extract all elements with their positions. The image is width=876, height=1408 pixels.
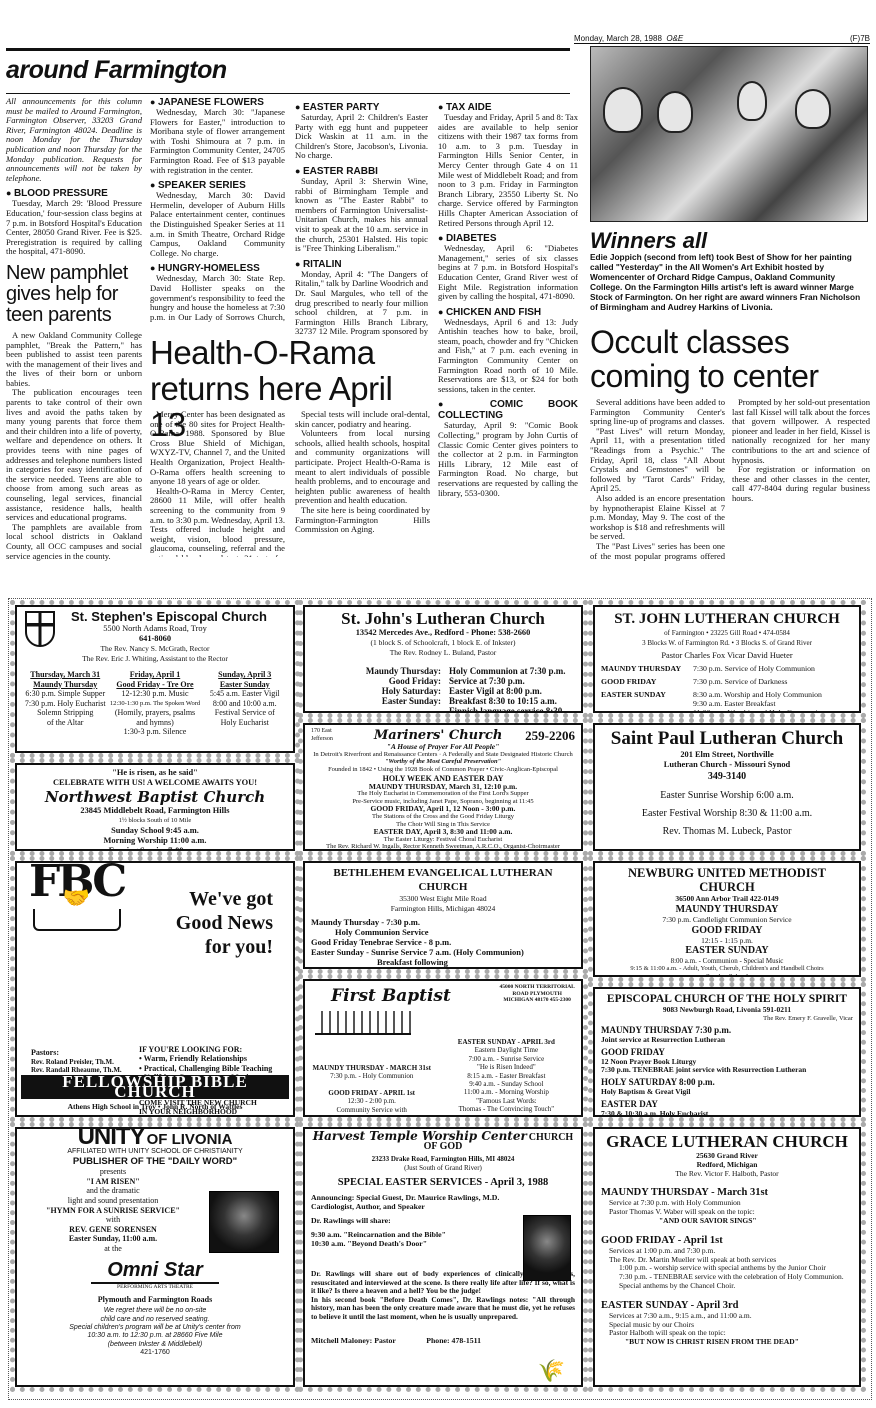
church-name: BETHLEHEM EVANGELICAL LUTHERAN CHURCH — [311, 866, 575, 894]
program-line: at the — [23, 1244, 203, 1254]
schedule-event: Finnish language service 8:30 a.m. — [449, 706, 575, 713]
winners-caption: Edie Joppich (second from left) took Bes… — [590, 252, 868, 312]
column-3: EASTER PARTY Saturday, April 2: Children… — [295, 97, 428, 337]
item-body: Monday, April 4: "The Dangers of Ritalin… — [295, 270, 428, 337]
schedule-day: Sunday, April 3 — [203, 670, 287, 680]
church-address: 170 East Jefferson — [311, 728, 351, 743]
item-body: Sunday, April 3: Sherwin Wine, rabbi of … — [295, 177, 428, 254]
section-line: 7:30 p.m. Candlelight Communion Service — [601, 916, 853, 925]
vicar: The Rev. Emery F. Gravelle, Vicar — [601, 1015, 853, 1024]
church-directions: 3 Blocks W. of Farmington Rd. • 3 Blocks… — [601, 638, 853, 648]
schedule-line: The Easter Liturgy: Festival Choral Euch… — [311, 836, 575, 844]
pastors-label: Pastors: — [31, 1049, 122, 1058]
schedule-line: and hymns) — [109, 718, 201, 728]
description: Founded in 1842 • Using the 1928 Book of… — [311, 766, 575, 774]
item-head: HUNGRY-HOMELESS — [150, 263, 285, 274]
schedule-line: EASTER DAY, April 3, 8:30 and 11:00 a.m. — [311, 828, 575, 836]
healthorama-col-2: Special tests will include oral-dental, … — [295, 410, 430, 535]
schedule-line: Solemn Stripping — [23, 708, 107, 718]
article-paragraph: Mercy Center has been designated as one … — [150, 410, 285, 487]
schedule-line: 12:30-1:30 p.m. The Spoken Word — [109, 699, 201, 709]
church-name: St. Stephen's Episcopal Church — [23, 610, 287, 624]
schedule-line: 9:40 a.m. - Sunday School — [438, 1080, 575, 1088]
article-paragraph: The "Past Lives" series has been one of … — [590, 542, 725, 562]
schedule-day: Maundy Thursday: — [331, 666, 441, 676]
item-body: Wednesday, March 30: "Japanese Flowers f… — [150, 108, 285, 175]
description: "Worthy of the Most Careful Preservation… — [311, 758, 575, 766]
schedule-line: of the Altar — [23, 718, 107, 728]
church-directions: 1½ blocks South of 10 Mile — [23, 816, 287, 826]
article-paragraph: A new Oakland Community College pamphlet… — [6, 331, 142, 389]
motto: "A House of Prayer For All People" — [311, 743, 575, 751]
features-heading: IF YOU'RE LOOKING FOR: — [139, 1045, 272, 1054]
ad-harvest-temple: Harvest Temple Worship Center CHURCH OF … — [303, 1127, 583, 1387]
church-address: 9083 Newburgh Road, Livonia 591-0211 — [601, 1006, 853, 1015]
announcement: Cardiologist, Author, and Speaker — [311, 1202, 575, 1211]
section-heading: GOOD FRIDAY - April 1st — [601, 1234, 853, 1247]
synod: Lutheran Church - Missouri Synod — [601, 760, 853, 770]
item-body: Wednesday, March 30: State Rep. David Ho… — [150, 274, 285, 322]
article-paragraph: Health-O-Rama in Mercy Center, 28600 11 … — [150, 487, 285, 557]
occult-col-2: Prompted by her sold-out presentation la… — [732, 398, 870, 504]
masthead-edition: O&E — [666, 34, 683, 43]
item-body: Wednesdays, April 6 and 13: Judy Antishi… — [438, 318, 578, 395]
schedule-line: 6:30 p.m. Simple Supper — [23, 689, 107, 699]
schedule-line: GOOD FRIDAY, April 1, 12 Noon - 3:00 p.m… — [311, 805, 575, 813]
pamphlet-headline: New pamphlet gives help for teen parents — [6, 263, 142, 326]
note-line: (between Inkster & Middlebelt) — [23, 1341, 287, 1349]
person-figure — [795, 89, 831, 129]
ad-bethlehem: BETHLEHEM EVANGELICAL LUTHERAN CHURCH 35… — [303, 861, 583, 969]
section-line: Sunday School — [601, 973, 853, 977]
item-head: COMIC BOOK COLLECTING — [438, 399, 578, 421]
article-paragraph: "Past Lives" will return Monday, April 1… — [590, 427, 725, 494]
church-name: EPISCOPAL CHURCH OF THE HOLY SPIRIT — [601, 992, 853, 1006]
affiliation: AFFILIATED WITH UNITY SCHOOL OF CHRISTIA… — [23, 1147, 287, 1157]
church-address: 36500 Ann Arbor Trail 422-0149 — [601, 894, 853, 904]
church-name: GRACE LUTHERAN CHURCH — [601, 1132, 853, 1152]
church-name: Harvest Temple Worship Center — [313, 1129, 527, 1143]
schedule-line: EASTER SUNDAY - APRIL 3rd — [438, 1038, 575, 1046]
schedule-line: 12-12:30 p.m. Music — [109, 689, 201, 699]
masthead: Monday, March 28, 1988 O&E (F)7B — [574, 34, 870, 44]
schedule-line: "He is Risen Indeed" — [438, 1063, 575, 1071]
schedule-day: MAUNDY THURSDAY — [601, 664, 693, 673]
clergy: The Rev. Eric J. Whiting, Assistant to t… — [23, 654, 287, 664]
occult-col-1: Several additions have been added to Far… — [590, 398, 725, 562]
schedule-day: GOOD FRIDAY — [601, 677, 693, 686]
page-number: (F)7B — [850, 34, 870, 43]
church-name: St. John's Lutheran Church — [311, 610, 575, 628]
schedule-line: 7:30 p.m. - Holy Communion — [311, 1072, 432, 1080]
church-address: 23233 Drake Road, Farmington Hills, MI 4… — [311, 1155, 575, 1164]
ad-unity-livonia: UNITY OF LIVONIA AFFILIATED WITH UNITY S… — [15, 1127, 295, 1387]
venue-subtitle: PERFORMING ARTS THEATRE — [23, 1284, 287, 1291]
church-building-icon — [315, 1011, 411, 1035]
schedule-line: Holy Eucharist — [203, 718, 287, 728]
episcopal-shield-icon — [25, 611, 55, 647]
schedule-line: Festival Service of — [203, 708, 287, 718]
article-paragraph: Also added is an encore presentation by … — [590, 494, 725, 542]
fbc-pastors: Pastors: Rev. Roland Preisler, Th.M. Rev… — [31, 1049, 122, 1075]
section-rule — [6, 93, 570, 94]
tagline: "He is risen, as he said" — [23, 768, 287, 778]
ad-holy-spirit: EPISCOPAL CHURCH OF THE HOLY SPIRIT 9083… — [593, 987, 861, 1117]
ad-northwest-baptist: "He is risen, as he said" CELEBRATE WITH… — [15, 763, 295, 851]
section-line: 9:15 & 11:00 a.m. - Adult, Youth, Cherub… — [601, 965, 853, 973]
feature-item: Warm, Friendly Relationships — [144, 1054, 247, 1063]
schedule-column: Thursday, March 31 Maundy Thursday 6:30 … — [23, 670, 107, 737]
pastor: The Rev. Victor F. Halboth, Pastor — [601, 1170, 853, 1179]
venue-logo: Omni Star — [91, 1258, 219, 1284]
schedule-line: 7:30 p.m. Holy Eucharist — [23, 699, 107, 709]
church-phone: Phone: 478-1511 — [426, 1336, 481, 1345]
program-line: "I AM RISEN" — [23, 1177, 203, 1187]
church-phone: 349-3140 — [601, 770, 853, 783]
schedule-day: Friday, April 1 — [109, 670, 201, 680]
schedule-title: Easter Sunday — [203, 680, 287, 690]
church-name: Saint Paul Lutheran Church — [601, 728, 853, 750]
service-time: Sunday School 9:45 a.m. — [23, 826, 287, 836]
wheat-sheaf-icon: 🌾 — [538, 1366, 565, 1375]
schedule-day: Holy Saturday: — [331, 686, 441, 696]
schedule-day: Good Friday: — [331, 676, 441, 686]
program-line: with — [23, 1215, 203, 1225]
schedule-line: The Stations of the Cross and the Good F… — [311, 813, 575, 821]
article-paragraph: For registration or information on these… — [732, 465, 870, 503]
church-address: 13542 Mercedes Ave., Redford - Phone: 53… — [311, 628, 575, 638]
note-line: We regret there will be no on-site — [23, 1307, 287, 1315]
pastors: Pastor Charles Fox Vicar David Hueter — [601, 651, 853, 661]
schedule-line: GOOD FRIDAY - APRIL 1st — [311, 1089, 432, 1097]
church-location: Athens High School in Troy • John R. Nor… — [17, 1102, 293, 1112]
note-line: Special children's program will be at Un… — [23, 1324, 287, 1332]
article-paragraph: The publication encourages teen parents … — [6, 388, 142, 522]
section-heading: EASTER SUNDAY — [601, 945, 853, 957]
section-heading: EASTER DAY — [601, 1099, 853, 1110]
open-bible-icon — [33, 909, 121, 931]
ad-st-john-farmington: ST. JOHN LUTHERAN CHURCH of Farmington •… — [593, 605, 861, 713]
announcement: Announcing: Special Guest, Dr. Maurice R… — [311, 1193, 575, 1202]
venue-location: Plymouth and Farmington Roads — [23, 1295, 287, 1305]
article-paragraph: The site here is being coordinated by Fa… — [295, 506, 430, 535]
program-line: Easter Sunday, 11:00 a.m. — [23, 1234, 203, 1244]
church-phone: 259-2206 — [525, 732, 575, 740]
item-body: Tuesday, March 29: 'Blood Pressure Educa… — [6, 199, 142, 257]
schedule-column: Sunday, April 3 Easter Sunday 5:45 a.m. … — [203, 670, 287, 737]
service-time: Easter Festival Worship 8:30 & 11:00 a.m… — [601, 805, 853, 823]
fbc-slogan: We've got Good News for you! — [176, 887, 273, 959]
program-line: and the dramatic — [23, 1186, 203, 1196]
schedule-line: Eastern Daylight Time — [438, 1046, 575, 1054]
section-heading: GOOD FRIDAY — [601, 925, 853, 937]
church-directions: (Just South of Grand River) — [311, 1164, 575, 1173]
note-line: child care and no reserved seating. — [23, 1316, 287, 1324]
ad-st-johns-redford: St. John's Lutheran Church 13542 Mercede… — [303, 605, 583, 713]
publisher: PUBLISHER OF THE "DAILY WORD" — [23, 1156, 287, 1167]
schedule-line: 8:00 and 10:00 a.m. — [203, 699, 287, 709]
schedule-event: Service at 7:30 p.m. — [449, 676, 575, 686]
slogan-line: Good News — [176, 911, 273, 935]
pastor: Rev. Roland Preisler, Th.M. — [31, 1058, 122, 1067]
church-name: Northwest Baptist Church — [23, 788, 287, 806]
schedule-line: Holy Communion Service — [311, 927, 575, 937]
schedule-line: 11:00 a.m. - Morning Worship — [438, 1088, 575, 1096]
ad-st-stephens: St. Stephen's Episcopal Church 5500 Nort… — [15, 605, 295, 753]
person-figure — [737, 81, 767, 121]
intro-note: All announcements for this column must b… — [6, 97, 142, 183]
ad-grace-lutheran: GRACE LUTHERAN CHURCH 25630 Grand River … — [593, 1127, 861, 1387]
ad-fellowship-bible: FBC 🤝 We've got Good News for you! Pasto… — [15, 861, 295, 1117]
item-body: Wednesday, March 30: David Hermelin, dev… — [150, 191, 285, 258]
special-services: SPECIAL EASTER SERVICES - April 3, 1988 — [311, 1176, 575, 1190]
schedule-line: Community Service with — [311, 1106, 432, 1114]
unity-location: OF LIVONIA — [147, 1131, 233, 1148]
church-address: 45000 NORTH TERRITORIAL ROAD PLYMOUTH MI… — [499, 984, 575, 1004]
schedule-line: Easter Sunday - Sunrise Service 7 a.m. (… — [311, 947, 575, 957]
note-line: 421-1760 — [23, 1349, 287, 1357]
schedule-line: MAUNDY THURSDAY - MARCH 31st — [311, 1064, 432, 1072]
program-line: presents — [23, 1167, 203, 1177]
church-phone: 641-8060 — [23, 634, 287, 644]
schedule-line: The Rev. Richard W. Ingalls, Rector Kenn… — [311, 843, 575, 851]
service-time: Morning Worship 11:00 a.m. — [23, 836, 287, 846]
schedule-line: Maundy Thursday - 7:30 p.m. — [311, 917, 575, 927]
schedule-event: 9:30 a.m. Easter Breakfast — [693, 699, 853, 708]
article-paragraph: Prompted by her sold-out presentation la… — [732, 398, 870, 465]
church-address: 201 Elm Street, Northville — [601, 750, 853, 760]
section-line: 8:00 a.m. - Communion - Special Music — [601, 957, 853, 965]
schedule-event: 8:30 a.m. Worship and Holy Communion — [693, 690, 853, 699]
ad-mariners: 170 East Jefferson Mariners' Church 259-… — [303, 723, 583, 851]
section-line: Holy Baptism & Great Vigil — [601, 1088, 853, 1097]
section-line: "AND OUR SAVIOR SINGS" — [609, 1217, 853, 1226]
service-time: Evening Service 7:00 p.m. — [23, 846, 287, 851]
schedule-line: 8:15 a.m. - Easter Breakfast — [438, 1072, 575, 1080]
masthead-date: Monday, March 28, 1988 — [574, 34, 662, 43]
column-2: JAPANESE FLOWERS Wednesday, March 30: "J… — [150, 97, 285, 322]
church-name: ST. JOHN LUTHERAN CHURCH — [601, 610, 853, 628]
winners-photo — [590, 46, 868, 222]
schedule-line: Easter Worship Service with Holy — [311, 967, 575, 969]
healthorama-col-1: Mercy Center has been designated as one … — [150, 410, 285, 557]
program-line: light and sound presentation — [23, 1196, 203, 1206]
schedule-line: (Homily, prayers, psalms — [109, 708, 201, 718]
schedule-line: Message by Dr. William Stahl — [438, 1114, 575, 1117]
section-line: "BUT NOW IS CHRIST RISEN FROM THE DEAD" — [609, 1338, 853, 1347]
schedule-line: Breakfast following — [311, 957, 575, 967]
church-address: Farmington Hills, Michigan 48024 — [311, 904, 575, 914]
clergy: The Rev. Nancy S. McGrath, Rector — [23, 644, 287, 654]
schedule-line: The Holy Eucharist in Commemoration of t… — [311, 790, 575, 798]
article-paragraph: The pamphlets are available from local s… — [6, 523, 142, 561]
note-line: 10:30 a.m. to 12:30 p.m. at 28660 Five M… — [23, 1332, 287, 1340]
section-line: 7:30 p.m. - TENEBRAE service with the ce… — [609, 1273, 853, 1291]
schedule-line: First United Methodist Church — [311, 1114, 432, 1117]
program-line: REV. GENE SORENSEN — [23, 1225, 203, 1235]
article-paragraph: Volunteers from local nursing schools, a… — [295, 429, 430, 506]
body-text: In his second book "Before Death Comes",… — [311, 1296, 575, 1322]
schedule-line: MAUNDY THURSDAY, March 31, 12:10 p.m. — [311, 783, 575, 791]
schedule-line: "Famous Last Words: — [438, 1097, 575, 1105]
schedule-line: 7:00 a.m. - Sunrise Service — [438, 1055, 575, 1063]
schedule-title: Good Friday - Tre Ore — [109, 680, 201, 690]
section-heading: EASTER SUNDAY - April 3rd — [601, 1299, 853, 1312]
item-body: Wednesday, April 6: "Diabetes Management… — [438, 244, 578, 302]
schedule-event: Easter Vigil at 8:00 p.m. — [449, 686, 575, 696]
article-paragraph: Several additions have been added to Far… — [590, 398, 725, 427]
column-1: All announcements for this column must b… — [6, 97, 142, 561]
speaker-photo — [523, 1215, 571, 1281]
section-line: 7:30 p.m. TENEBRAE joint service with Re… — [601, 1066, 853, 1075]
schedule-event: 11:00 a.m. Worship and Holy Communion — [693, 708, 853, 713]
occult-headline: Occult classes coming to center — [590, 325, 870, 393]
item-body: Saturday, April 9: "Comic Book Collectin… — [438, 421, 578, 498]
slogan-line: We've got — [176, 887, 273, 911]
fbc-logo: FBC 🤝 — [29, 877, 124, 931]
church-address: 23845 Middlebelt Road, Farmington Hills — [23, 806, 287, 816]
slogan-line: for you! — [176, 935, 273, 959]
schedule-line: 5:45 a.m. Easter Vigil — [203, 689, 287, 699]
schedule-event: 7:30 p.m. Service of Darkness — [693, 677, 853, 686]
schedule-day: Thursday, March 31 — [23, 670, 107, 680]
person-figure — [657, 91, 693, 133]
pastor: Rev. Thomas M. Lubeck, Pastor — [601, 823, 853, 841]
speaker-photo — [209, 1191, 279, 1253]
section-line: 7:30 & 10:30 a.m. Holy Eucharist — [601, 1110, 853, 1117]
ad-saint-paul: Saint Paul Lutheran Church 201 Elm Stree… — [593, 723, 861, 851]
column-4: TAX AIDE Tuesday and Friday, April 5 and… — [438, 97, 578, 567]
top-rule — [6, 48, 570, 51]
schedule-title: Maundy Thursday — [23, 680, 107, 690]
schedule-event: Holy Communion at 7:30 p.m. — [449, 666, 575, 676]
pastor: The Rev. Rodney L. Buland, Pastor — [311, 648, 575, 658]
church-name-banner: FELLOWSHIP BIBLE CHURCH — [21, 1075, 289, 1099]
church-name: NEWBURG UNITED METHODIST CHURCH — [601, 866, 853, 894]
church-address: of Farmington • 23225 Gill Road • 474-05… — [601, 628, 853, 638]
section-title: around Farmington — [6, 56, 227, 85]
section-line: 12:15 - 1:15 p.m. — [601, 937, 853, 946]
description: In Detroit's Riverfront and Renaissance … — [311, 751, 575, 759]
pastor: Mitchell Maloney: Pastor — [311, 1336, 396, 1345]
schedule-day: Easter Sunday: — [331, 696, 441, 706]
winners-headline: Winners all — [590, 228, 707, 254]
church-directions: (1 block S. of Schoolcraft, 1 block E. o… — [311, 638, 575, 648]
service-time: Easter Sunrise Worship 6:00 a.m. — [601, 787, 853, 805]
schedule-event: 7:30 p.m. Service of Holy Communion — [693, 664, 853, 673]
church-address: 35300 West Eight Mile Road — [311, 894, 575, 904]
schedule-line: 12:30 - 2:00 p.m. — [311, 1097, 432, 1105]
section-line: Joint service at Resurrection Lutheran — [601, 1036, 853, 1045]
welcome-banner: CELEBRATE WITH US! A WELCOME AWAITS YOU! — [23, 778, 287, 788]
program-line: "HYMN FOR A SUNRISE SERVICE" — [23, 1206, 203, 1216]
schedule-event: Breakfast 8:30 to 10:15 a.m. — [449, 696, 575, 706]
church-ads-section: St. Stephen's Episcopal Church 5500 Nort… — [8, 598, 872, 1400]
ad-newburg: NEWBURG UNITED METHODIST CHURCH 36500 An… — [593, 861, 861, 977]
item-body: Tuesday and Friday, April 5 and 8: Tax a… — [438, 113, 578, 228]
church-address: 5500 North Adams Road, Troy — [23, 624, 287, 634]
schedule-line: 1:30-3 p.m. Silence — [109, 727, 201, 737]
schedule-line: Good Friday Tenebrae Service - 8 p.m. — [311, 937, 575, 947]
church-name: Mariners' Church — [374, 729, 502, 743]
schedule-day: EASTER SUNDAY — [601, 690, 693, 713]
schedule-line: Thomas - The Convincing Touch" — [438, 1105, 575, 1113]
item-body: Saturday, April 2: Children's Easter Par… — [295, 113, 428, 161]
article-paragraph: Special tests will include oral-dental, … — [295, 410, 430, 429]
schedule-column: Friday, April 1 Good Friday - Tre Ore 12… — [109, 670, 201, 737]
person-figure — [603, 87, 643, 133]
ad-first-baptist: First Baptist Church 45000 NORTH TERRITO… — [303, 979, 583, 1117]
